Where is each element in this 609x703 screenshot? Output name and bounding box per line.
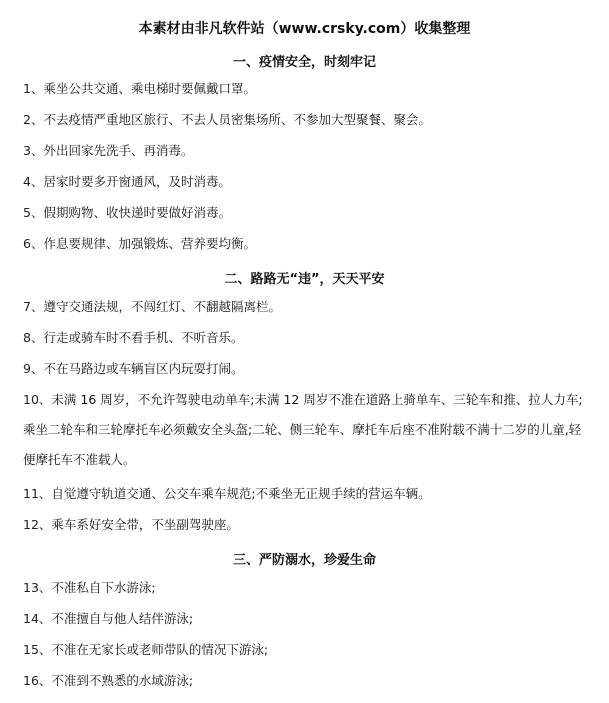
list-item: 14、不准擅自与他人结伴游泳; (23, 604, 593, 634)
item-number: 3、 (23, 143, 43, 158)
section-heading-drowning: 三、严防溺水，珍爱生命 (0, 549, 609, 568)
item-number: 9、 (23, 361, 43, 376)
item-text: 假期购物、收快递时要做好消毒。 (43, 205, 231, 220)
list-item: 8、行走或骑车时不看手机、不听音乐。 (23, 323, 593, 353)
item-number: 6、 (23, 236, 43, 251)
item-number: 16、 (23, 673, 51, 688)
item-text: 不去疫情严重地区旅行、不去人员密集场所、不参加大型聚餐、聚会。 (43, 112, 431, 127)
item-number: 13、 (23, 580, 51, 595)
item-text: 遵守交通法规，不闯红灯、不翻越隔离栏。 (43, 299, 281, 314)
list-item: 3、外出回家先洗手、再消毒。 (23, 136, 593, 166)
list-item: 1、乘坐公共交通、乘电梯时要佩戴口罩。 (23, 74, 593, 104)
item-text: 未满 16 周岁，不允许驾驶电动单车;未满 12 周岁不准在道路上骑单车、三轮车… (23, 392, 583, 467)
item-text: 居家时要多开窗通风，及时消毒。 (43, 174, 231, 189)
item-text: 乘坐公共交通、乘电梯时要佩戴口罩。 (43, 81, 256, 96)
list-item: 11、自觉遵守轨道交通、公交车乘车规范;不乘坐无正规手续的营运车辆。 (23, 479, 593, 509)
list-item: 10、未满 16 周岁，不允许驾驶电动单车;未满 12 周岁不准在道路上骑单车、… (23, 385, 593, 475)
item-number: 8、 (23, 330, 43, 345)
item-number: 1、 (23, 81, 43, 96)
item-text: 行走或骑车时不看手机、不听音乐。 (43, 330, 243, 345)
item-number: 11、 (23, 486, 51, 501)
item-number: 5、 (23, 205, 43, 220)
item-number: 4、 (23, 174, 43, 189)
item-text: 不准在无家长或老师带队的情况下游泳; (51, 642, 268, 657)
item-text: 不准私自下水游泳; (51, 580, 155, 595)
list-item: 12、乘车系好安全带，不坐副驾驶座。 (23, 510, 593, 540)
section-heading-epidemic: 一、疫情安全，时刻牢记 (0, 51, 609, 70)
list-item: 6、作息要规律、加强锻炼、营养要均衡。 (23, 229, 593, 259)
document-title: 本素材由非凡软件站（www.crsky.com）收集整理 (0, 18, 609, 38)
list-item: 7、遵守交通法规，不闯红灯、不翻越隔离栏。 (23, 292, 593, 322)
item-number: 2、 (23, 112, 43, 127)
item-text: 外出回家先洗手、再消毒。 (43, 143, 193, 158)
item-text: 不准到不熟悉的水域游泳; (51, 673, 193, 688)
item-text: 不准擅自与他人结伴游泳; (51, 611, 193, 626)
list-item: 4、居家时要多开窗通风，及时消毒。 (23, 167, 593, 197)
list-item: 2、不去疫情严重地区旅行、不去人员密集场所、不参加大型聚餐、聚会。 (23, 105, 593, 135)
item-number: 15、 (23, 642, 51, 657)
list-item: 5、假期购物、收快递时要做好消毒。 (23, 198, 593, 228)
item-number: 10、 (23, 392, 51, 407)
item-text: 自觉遵守轨道交通、公交车乘车规范;不乘坐无正规手续的营运车辆。 (51, 486, 430, 501)
item-number: 12、 (23, 517, 51, 532)
list-item: 15、不准在无家长或老师带队的情况下游泳; (23, 635, 593, 665)
item-number: 14、 (23, 611, 51, 626)
item-text: 不在马路边或车辆盲区内玩耍打闹。 (43, 361, 243, 376)
section-heading-traffic: 二、路路无“违”，天天平安 (0, 268, 609, 287)
list-item: 9、不在马路边或车辆盲区内玩耍打闹。 (23, 354, 593, 384)
item-text: 作息要规律、加强锻炼、营养要均衡。 (43, 236, 256, 251)
list-item: 16、不准到不熟悉的水域游泳; (23, 666, 593, 696)
list-item: 13、不准私自下水游泳; (23, 573, 593, 603)
item-number: 7、 (23, 299, 43, 314)
item-text: 乘车系好安全带，不坐副驾驶座。 (51, 517, 239, 532)
